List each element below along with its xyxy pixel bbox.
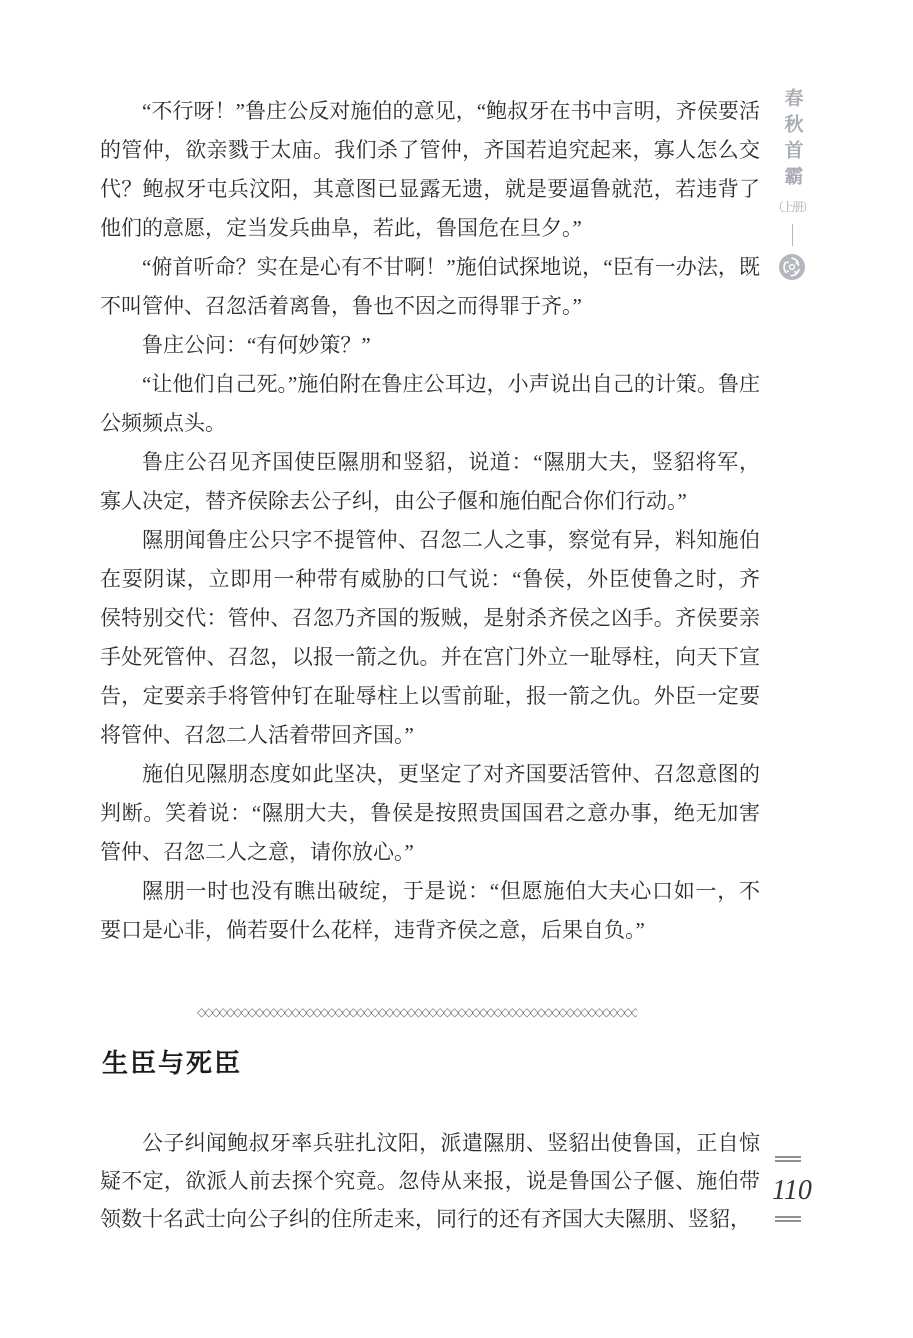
double-rule-top xyxy=(775,1156,801,1162)
page-number: 110 xyxy=(772,1176,816,1206)
section-heading: 生臣与死臣 xyxy=(102,1046,242,1080)
paragraph: 鲁庄公问：“有何妙策？” xyxy=(100,326,760,365)
book-title-vertical: 春秋首霸 xyxy=(779,88,806,192)
volume-label: （上册） xyxy=(772,198,812,215)
paragraph: 隰朋闻鲁庄公只字不提管仲、召忽二人之事，察觉有异，料知施伯在耍阴谋，立即用一种带… xyxy=(100,521,760,755)
paragraph: “让他们自己死。”施伯附在鲁庄公耳边，小声说出自己的计策。鲁庄公频频点头。 xyxy=(100,365,760,443)
vertical-rule xyxy=(792,224,793,246)
section-text-column: 公子纠闻鲍叔牙率兵驻扎汶阳，派遣隰朋、竖貂出使鲁国，正自惊疑不定，欲派人前去探个… xyxy=(100,1124,760,1238)
paragraph: 鲁庄公召见齐国使臣隰朋和竖貂，说道：“隰朋大夫，竖貂将军，寡人决定，替齐侯除去公… xyxy=(100,443,760,521)
paragraph: 隰朋一时也没有瞧出破绽，于是说：“但愿施伯大夫心口如一，不要口是心非，倘若耍什么… xyxy=(100,872,760,950)
double-rule-bottom xyxy=(775,1216,801,1222)
book-page: { "content": { "paragraphs": [ "“不行呀！”鲁庄… xyxy=(0,0,913,1338)
page-number-block: 110 xyxy=(772,1156,816,1222)
cloud-seal-icon xyxy=(778,253,806,281)
sidebar-book-title-block: 春秋首霸 （上册） xyxy=(766,88,818,281)
paragraph: 公子纠闻鲍叔牙率兵驻扎汶阳，派遣隰朋、竖貂出使鲁国，正自惊疑不定，欲派人前去探个… xyxy=(100,1124,760,1238)
paragraph: “俯首听命？实在是心有不甘啊！”施伯试探地说，“臣有一办法，既不叫管仲、召忽活着… xyxy=(100,248,760,326)
main-text-column: “不行呀！”鲁庄公反对施伯的意见，“鲍叔牙在书中言明，齐侯要活的管仲，欲亲戮于太… xyxy=(100,92,760,950)
paragraph: “不行呀！”鲁庄公反对施伯的意见，“鲍叔牙在书中言明，齐侯要活的管仲，欲亲戮于太… xyxy=(100,92,760,248)
paragraph: 施伯见隰朋态度如此坚决，更坚定了对齐国要活管仲、召忽意图的判断。笑着说：“隰朋大… xyxy=(100,755,760,872)
section-divider: ◇◇◇◇◇◇◇◇◇◇◇◇◇◇◇◇◇◇◇◇◇◇◇◇◇◇◇◇◇◇◇◇◇◇◇◇◇◇◇◇… xyxy=(197,1003,637,1021)
